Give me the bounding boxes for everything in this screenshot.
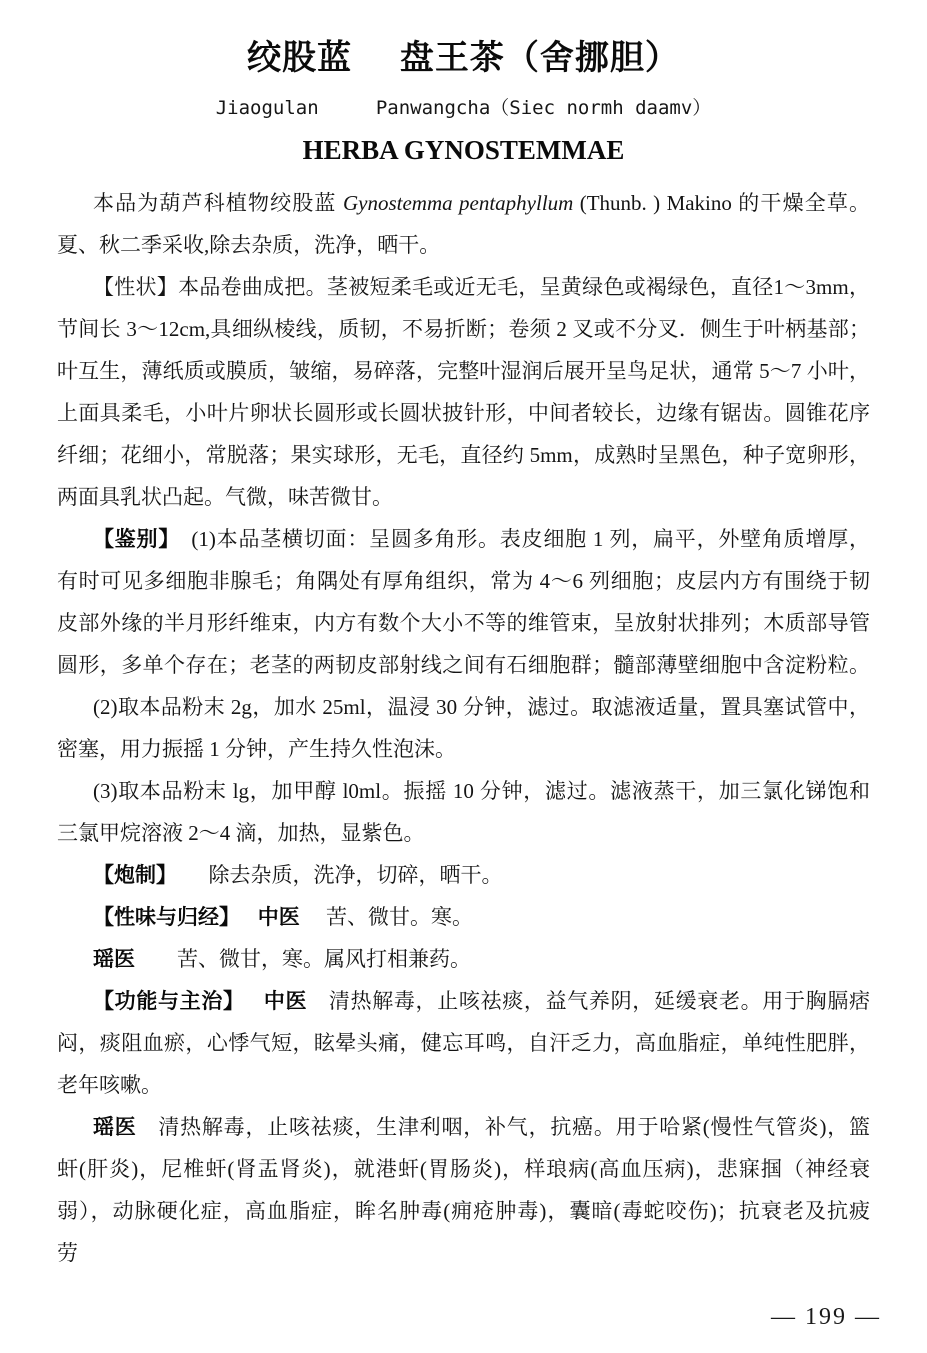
text-segment: 除去杂质，洗净，切碎，晒干。	[167, 863, 503, 887]
text-segment: 叶互生，薄纸质或膜质，皱缩，易碎落，完整叶湿润后展开呈鸟足状，通常 5～7 小叶…	[57, 359, 870, 383]
text-line: 上面具柔毛，小叶片卵状长圆形或长圆状披针形，中间者较长，边缘有锯齿。圆锥花序	[57, 392, 870, 434]
text-line: 本品为葫芦科植物绞股蓝 Gynostemma pentaphyllum (Thu…	[57, 182, 870, 224]
page-title: 绞股蓝 盘王茶（舍挪胆）	[0, 0, 927, 80]
text-line: 【炮制】 除去杂质，洗净，切碎，晒干。	[57, 854, 870, 896]
text-segment: (Thunb. ) Makino 的干燥全草。	[573, 191, 870, 215]
text-line: 虷(肝炎)，尼椎虷(肾盂肾炎)，就港虷(胃肠炎)，样琅病(高血压病)，悲寐掴（神…	[57, 1148, 870, 1190]
text-line: 叶互生，薄纸质或膜质，皱缩，易碎落，完整叶湿润后展开呈鸟足状，通常 5～7 小叶…	[57, 350, 870, 392]
section-label: 【鉴别】	[93, 527, 170, 551]
text-line: 三氯甲烷溶液 2～4 滴，加热，显紫色。	[57, 812, 870, 854]
text-line: 【功能与主治】 中医 清热解毒，止咳祛痰，益气养阴，延缓衰老。用于胸膈痞	[57, 980, 870, 1022]
text-segment: 夏、秋二季采收,除去杂质，洗净，晒干。	[57, 233, 440, 257]
paragraph: 瑶医 清热解毒，止咳祛痰，生津利咽，补气，抗癌。用于哈紧(慢性气管炎)，篮虷(肝…	[57, 1106, 870, 1274]
text-segment: 纤细；花细小，常脱落；果实球形，无毛，直径约 5mm，成熟时呈黑色，种子宽卵形，	[57, 443, 870, 467]
text-segment: 清热解毒，止咳祛痰，益气养阴，延缓衰老。用于胸膈痞	[307, 989, 870, 1013]
text-line: 圆形，多单个存在；老茎的两韧皮部射线之间有石细胞群；髓部薄壁细胞中含淀粉粒。	[57, 644, 870, 686]
text-line: 老年咳嗽。	[57, 1064, 870, 1106]
text-segment: 劳	[57, 1241, 78, 1265]
text-segment: 闷，痰阻血瘀，心悸气短，眩晕头痛，健忘耳鸣，自汗乏力，高血脂症，单纯性肥胖，	[57, 1031, 870, 1055]
paragraph: (3)取本品粉末 lg，加甲醇 l0ml。振摇 10 分钟，滤过。滤液蒸干，加三…	[57, 770, 870, 854]
text-segment: (3)取本品粉末 lg，加甲醇 l0ml。振摇 10 分钟，滤过。滤液蒸干，加三…	[93, 779, 870, 803]
text-segment: 老年咳嗽。	[57, 1073, 162, 1097]
text-segment: (1)本品茎横切面：呈圆多角形。表皮细胞 1 列，扁平，外壁角质增厚，	[170, 527, 870, 551]
text-line: 弱），动脉硬化症，高血脂症，眸名肿毒(痈疮肿毒)，囊暗(毒蛇咬伤)；抗衰老及抗疲	[57, 1190, 870, 1232]
text-segment: 皮部外缘的半月形纤维束，内方有数个大小不等的维管束，呈放射状排列；木质部导管	[57, 611, 870, 635]
document-page: 绞股蓝 盘王茶（舍挪胆） Jiaogulan Panwangcha（Siec n…	[0, 0, 927, 1353]
section-label: 【性味与归经】 中医	[93, 905, 300, 929]
paragraph: 【性味与归经】 中医 苦、微甘。寒。	[57, 896, 870, 938]
page-number: — 199 —	[771, 1304, 881, 1331]
text-line: 【性味与归经】 中医 苦、微甘。寒。	[57, 896, 870, 938]
text-segment: 虷(肝炎)，尼椎虷(肾盂肾炎)，就港虷(胃肠炎)，样琅病(高血压病)，悲寐掴（神…	[57, 1157, 870, 1181]
text-segment: (2)取本品粉末 2g，加水 25ml，温浸 30 分钟，滤过。取滤液适量，置具…	[93, 695, 870, 719]
paragraph: 【炮制】 除去杂质，洗净，切碎，晒干。	[57, 854, 870, 896]
text-segment: 节间长 3～12cm,具细纵棱线，质韧，不易折断；卷须 2 叉或不分叉．侧生于叶…	[57, 317, 870, 341]
text-segment: 苦、微甘，寒。属风打相兼药。	[135, 947, 471, 971]
text-line: 两面具乳状凸起。气微，味苦微甘。	[57, 476, 870, 518]
text-segment: 弱），动脉硬化症，高血脂症，眸名肿毒(痈疮肿毒)，囊暗(毒蛇咬伤)；抗衰老及抗疲	[57, 1199, 870, 1223]
paragraph: 【功能与主治】 中医 清热解毒，止咳祛痰，益气养阴，延缓衰老。用于胸膈痞闷，痰阻…	[57, 980, 870, 1106]
text-line: 夏、秋二季采收,除去杂质，洗净，晒干。	[57, 224, 870, 266]
text-line: 劳	[57, 1232, 870, 1274]
text-line: (2)取本品粉末 2g，加水 25ml，温浸 30 分钟，滤过。取滤液适量，置具…	[57, 686, 870, 728]
section-label: 瑶医	[93, 1115, 137, 1139]
paragraph: 【性状】本品卷曲成把。茎被短柔毛或近无毛，呈黄绿色或褐绿色，直径1～3mm，节间…	[57, 266, 870, 518]
latin-name: HERBA GYNOSTEMMAE	[0, 134, 927, 166]
title-block: 绞股蓝 盘王茶（舍挪胆） Jiaogulan Panwangcha（Siec n…	[0, 0, 927, 166]
text-segment: Gynostemma pentaphyllum	[343, 191, 573, 215]
paragraph: 瑶医 苦、微甘，寒。属风打相兼药。	[57, 938, 870, 980]
text-line: (3)取本品粉末 lg，加甲醇 l0ml。振摇 10 分钟，滤过。滤液蒸干，加三…	[57, 770, 870, 812]
text-line: 闷，痰阻血瘀，心悸气短，眩晕头痛，健忘耳鸣，自汗乏力，高血脂症，单纯性肥胖，	[57, 1022, 870, 1064]
section-label: 【炮制】	[93, 863, 167, 887]
text-segment: 【性状】本品卷曲成把。茎被短柔毛或近无毛，呈黄绿色或褐绿色，直径1～3mm，	[93, 275, 870, 299]
document-body: 本品为葫芦科植物绞股蓝 Gynostemma pentaphyllum (Thu…	[57, 182, 870, 1274]
paragraph: (2)取本品粉末 2g，加水 25ml，温浸 30 分钟，滤过。取滤液适量，置具…	[57, 686, 870, 770]
text-segment: 圆形，多单个存在；老茎的两韧皮部射线之间有石细胞群；髓部薄壁细胞中含淀粉粒。	[57, 653, 870, 677]
text-segment: 清热解毒，止咳祛痰，生津利咽，补气，抗癌。用于哈紧(慢性气管炎)，篮	[137, 1115, 870, 1139]
paragraph: 本品为葫芦科植物绞股蓝 Gynostemma pentaphyllum (Thu…	[57, 182, 870, 266]
text-line: 有时可见多细胞非腺毛；角隅处有厚角组织，常为 4～6 列细胞；皮层内方有围绕于韧	[57, 560, 870, 602]
text-segment: 上面具柔毛，小叶片卵状长圆形或长圆状披针形，中间者较长，边缘有锯齿。圆锥花序	[57, 401, 870, 425]
section-label: 【功能与主治】 中医	[93, 989, 307, 1013]
text-line: 纤细；花细小，常脱落；果实球形，无毛，直径约 5mm，成熟时呈黑色，种子宽卵形，	[57, 434, 870, 476]
text-line: 瑶医 苦、微甘，寒。属风打相兼药。	[57, 938, 870, 980]
section-label: 瑶医	[93, 947, 135, 971]
text-line: 【性状】本品卷曲成把。茎被短柔毛或近无毛，呈黄绿色或褐绿色，直径1～3mm，	[57, 266, 870, 308]
text-line: 密塞，用力振摇 1 分钟，产生持久性泡沫。	[57, 728, 870, 770]
paragraph: 【鉴别】 (1)本品茎横切面：呈圆多角形。表皮细胞 1 列，扁平，外壁角质增厚，…	[57, 518, 870, 686]
text-segment: 两面具乳状凸起。气微，味苦微甘。	[57, 485, 393, 509]
text-line: 瑶医 清热解毒，止咳祛痰，生津利咽，补气，抗癌。用于哈紧(慢性气管炎)，篮	[57, 1106, 870, 1148]
text-segment: 本品为葫芦科植物绞股蓝	[93, 191, 343, 215]
text-line: 【鉴别】 (1)本品茎横切面：呈圆多角形。表皮细胞 1 列，扁平，外壁角质增厚，	[57, 518, 870, 560]
text-segment: 密塞，用力振摇 1 分钟，产生持久性泡沫。	[57, 737, 456, 761]
text-segment: 有时可见多细胞非腺毛；角隅处有厚角组织，常为 4～6 列细胞；皮层内方有围绕于韧	[57, 569, 870, 593]
text-segment: 苦、微甘。寒。	[300, 905, 473, 929]
text-segment: 三氯甲烷溶液 2～4 滴，加热，显紫色。	[57, 821, 425, 845]
text-line: 皮部外缘的半月形纤维束，内方有数个大小不等的维管束，呈放射状排列；木质部导管	[57, 602, 870, 644]
text-line: 节间长 3～12cm,具细纵棱线，质韧，不易折断；卷须 2 叉或不分叉．侧生于叶…	[57, 308, 870, 350]
pinyin-subtitle: Jiaogulan Panwangcha（Siec normh daamv）	[0, 96, 927, 120]
